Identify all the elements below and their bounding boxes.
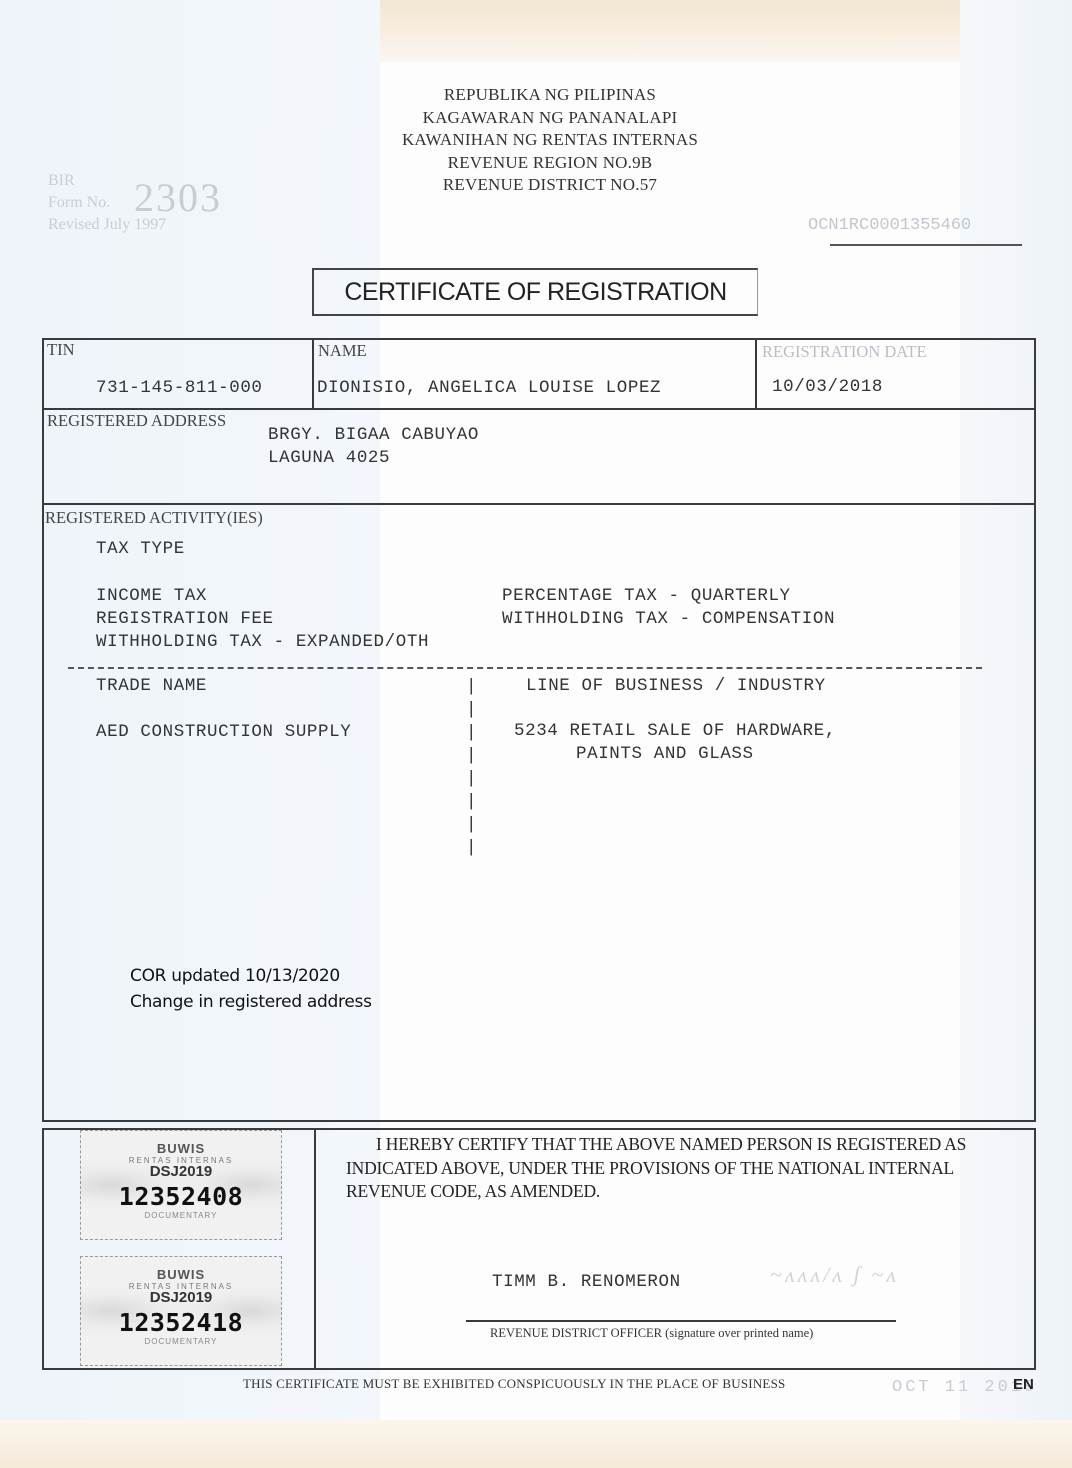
registration-date-value: 10/03/2018	[772, 377, 883, 397]
tax-type-label: TAX TYPE	[96, 539, 185, 559]
stamp-title: BUWIS	[81, 1141, 281, 1156]
header-line-region: REVENUE REGION NO.9B	[340, 152, 760, 175]
form-number-block: BIR Form No. Revised July 1997 2303	[48, 170, 166, 236]
scan-stain-top	[380, 0, 960, 62]
trade-name-value: AED CONSTRUCTION SUPPLY	[96, 722, 351, 742]
update-note-line2: Change in registered address	[130, 989, 372, 1015]
footer-code: EN	[1013, 1376, 1034, 1393]
divider-tin-name	[312, 338, 314, 410]
line-of-business-line2: PAINTS AND GLASS	[576, 744, 754, 764]
header-line-bureau: KAWANIHAN NG RENTAS INTERNAS	[340, 129, 760, 152]
certification-text: I HEREBY CERTIFY THAT THE ABOVE NAMED PE…	[346, 1133, 1018, 1204]
header-line-republic: REPUBLIKA NG PILIPINAS	[340, 84, 760, 107]
form-number: 2303	[134, 174, 222, 221]
header-line-district: REVENUE DISTRICT NO.57	[340, 174, 760, 197]
stamp-caption: DOCUMENTARY	[81, 1211, 281, 1220]
stamp-series: DSJ2019	[81, 1163, 281, 1180]
address-label: REGISTERED ADDRESS	[47, 411, 226, 431]
divider-name-date	[755, 338, 757, 410]
tax-type-item: WITHHOLDING TAX - EXPANDED/OTH	[96, 631, 429, 654]
documentary-stamp: BUWIS RENTAS INTERNAS DSJ2019 12352418 D…	[80, 1256, 282, 1366]
stamp-caption: DOCUMENTARY	[81, 1337, 281, 1346]
update-note: COR updated 10/13/2020 Change in registe…	[130, 963, 372, 1015]
tax-type-item: INCOME TAX	[96, 585, 429, 608]
ocn-field: OCN1RC0001355460	[808, 216, 971, 235]
stamp-title: BUWIS	[81, 1267, 281, 1282]
signature-line	[466, 1320, 896, 1322]
name-label: NAME	[318, 341, 367, 361]
tax-type-item: REGISTRATION FEE	[96, 608, 429, 631]
tax-type-item: WITHHOLDING TAX - COMPENSATION	[502, 608, 835, 631]
tax-types-left: INCOME TAX REGISTRATION FEE WITHHOLDING …	[96, 585, 429, 654]
officer-name: TIMM B. RENOMERON	[492, 1272, 681, 1292]
ocn-value: 1RC0001355460	[839, 216, 972, 235]
header-line-department: KAGAWARAN NG PANANALAPI	[340, 107, 760, 130]
exhibit-notice: THIS CERTIFICATE MUST BE EXHIBITED CONSP…	[243, 1376, 785, 1392]
address-line1: BRGY. BIGAA CABUYAO	[268, 425, 479, 445]
registration-date-label: REGISTRATION DATE	[762, 342, 927, 362]
line-of-business-line1: 5234 RETAIL SALE OF HARDWARE,	[514, 721, 836, 741]
column-divider: ||||||||	[466, 676, 477, 860]
scan-stain-bottom	[0, 1420, 1072, 1468]
divider-stamps	[314, 1128, 316, 1368]
trade-name-label: TRADE NAME	[96, 676, 207, 696]
activities-label: REGISTERED ACTIVITY(IES)	[45, 508, 263, 528]
signature: ~ʌʌʌ/ʌ ʃ ~ʌ	[770, 1262, 899, 1288]
documentary-stamp: BUWIS RENTAS INTERNAS DSJ2019 12352408 D…	[80, 1130, 282, 1240]
divider-row1	[42, 408, 1034, 410]
document-title: CERTIFICATE OF REGISTRATION	[344, 278, 726, 307]
title-box: CERTIFICATE OF REGISTRATION	[312, 268, 758, 316]
stamp-number: 12352418	[81, 1308, 281, 1337]
stamp-number: 12352408	[81, 1182, 281, 1211]
agency-header: REPUBLIKA NG PILIPINAS KAGAWARAN NG PANA…	[340, 84, 760, 197]
ocn-label: OCN	[808, 216, 839, 235]
ocn-underline	[830, 244, 1022, 246]
address-line2: LAGUNA 4025	[268, 448, 390, 468]
divider-row2	[42, 503, 1034, 505]
name-value: DIONISIO, ANGELICA LOUISE LOPEZ	[317, 378, 661, 398]
tax-types-right: PERCENTAGE TAX - QUARTERLY WITHHOLDING T…	[502, 585, 835, 631]
stamp-series: DSJ2019	[81, 1289, 281, 1306]
tin-label: TIN	[47, 340, 75, 360]
dashed-separator	[68, 667, 982, 669]
line-of-business-label: LINE OF BUSINESS / INDUSTRY	[526, 676, 826, 696]
officer-title: REVENUE DISTRICT OFFICER (signature over…	[490, 1326, 813, 1341]
tin-value: 731-145-811-000	[96, 378, 263, 398]
update-note-line1: COR updated 10/13/2020	[130, 963, 372, 989]
tax-type-item: PERCENTAGE TAX - QUARTERLY	[502, 585, 835, 608]
